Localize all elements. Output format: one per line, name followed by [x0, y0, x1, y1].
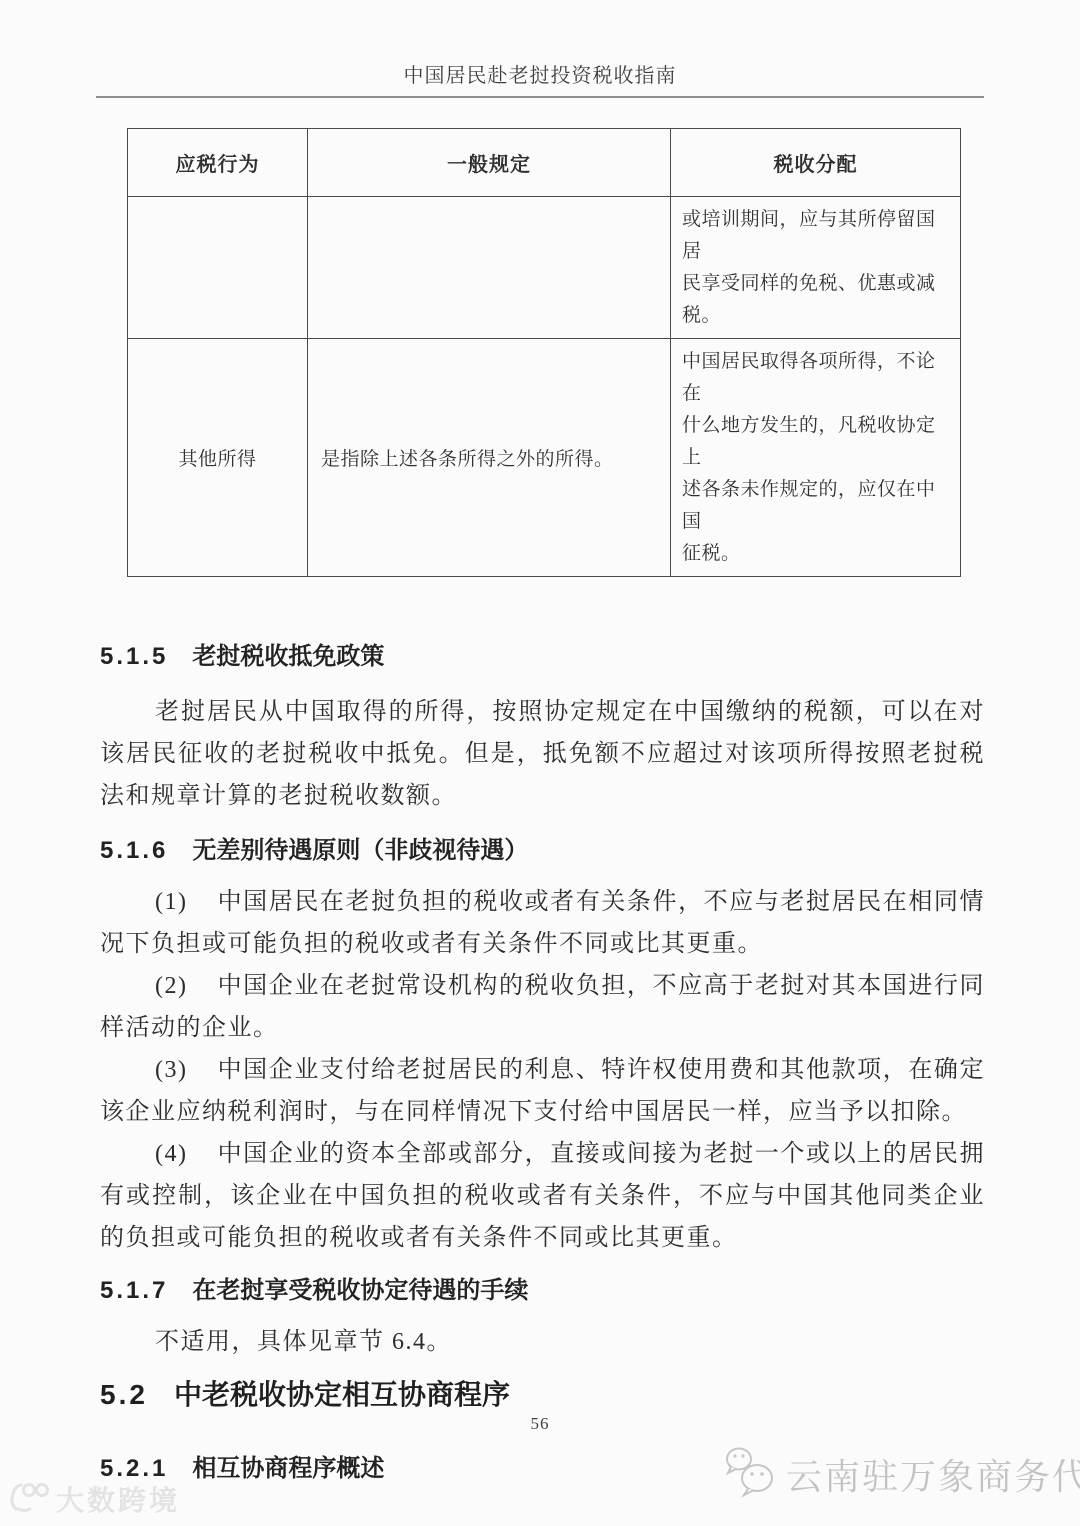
item-text: 中国企业的资本全部或部分，直接或间接为老挝一个或以上的居民拥有或控制，该企业在中… [100, 1141, 985, 1251]
section-heading-5-1-7: 5.1.7在老挝享受税收协定待遇的手续 [100, 1273, 985, 1309]
section-title: 在老挝享受税收协定待遇的手续 [192, 1277, 528, 1304]
document-page: 中国居民赴老挝投资税收指南 应税行为 一般规定 税收分配 [0, 0, 1080, 1526]
column-header-taxable-activity: 应税行为 [128, 129, 308, 197]
watermark-text: 云南驻万象商务代表处 [786, 1449, 1080, 1500]
watermark-text: 大数跨境 [56, 1479, 180, 1519]
section-heading-5-2: 5.2中老税收协定相互协商程序 [100, 1375, 985, 1415]
wechat-icon [724, 1446, 778, 1503]
section-number: 5.1.5 [100, 643, 168, 670]
numbered-item-4: (4)中国企业的资本全部或部分，直接或间接为老挝一个或以上的居民拥有或控制，该企… [100, 1133, 985, 1259]
column-header-tax-allocation: 税收分配 [671, 129, 961, 197]
numbered-item-1: (1)中国居民在老挝负担的税收或者有关条件，不应与老挝居民在相同情况下负担或可能… [100, 881, 985, 965]
watermark-wechat-account: 云南驻万象商务代表处 [724, 1446, 1080, 1503]
table-cell: 是指除上述各条所得之外的所得。 [308, 339, 671, 577]
tax-allocation-table: 应税行为 一般规定 税收分配 或培训期间，应与其所停留国居 民享受同样的免税、优… [127, 128, 961, 577]
item-text: 中国居民在老挝负担的税收或者有关条件，不应与老挝居民在相同情况下负担或可能负担的… [100, 889, 985, 957]
page-header: 中国居民赴老挝投资税收指南 [0, 0, 1080, 98]
section-number: 5.2 [100, 1379, 148, 1410]
page-content: 应税行为 一般规定 税收分配 或培训期间，应与其所停留国居 民享受同样的免税、优… [100, 128, 985, 1487]
paragraph-5-1-7: 不适用，具体见章节 6.4。 [100, 1321, 985, 1363]
section-title: 中老税收协定相互协商程序 [174, 1379, 510, 1410]
header-divider [96, 96, 984, 98]
table-header-row: 应税行为 一般规定 税收分配 [128, 129, 961, 197]
document-title: 中国居民赴老挝投资税收指南 [0, 62, 1080, 90]
table-cell: 中国居民取得各项所得，不论在 什么地方发生的，凡税收协定上 述各条未作规定的，应… [671, 339, 961, 577]
paragraph-5-1-5: 老挝居民从中国取得的所得，按照协定规定在中国缴纳的税额，可以在对该居民征收的老挝… [100, 691, 985, 817]
section-title: 相互协商程序概述 [192, 1455, 384, 1482]
item-text: 中国企业支付给老挝居民的利息、特许权使用费和其他款项，在确定该企业应纳税利润时，… [100, 1057, 985, 1125]
section-heading-5-1-6: 5.1.6无差别待遇原则（非歧视待遇） [100, 833, 985, 869]
table-cell [128, 197, 308, 339]
table-row: 或培训期间，应与其所停留国居 民享受同样的免税、优惠或减 税。 [128, 197, 961, 339]
table-row: 其他所得 是指除上述各条所得之外的所得。 中国居民取得各项所得，不论在 什么地方… [128, 339, 961, 577]
section-heading-5-1-5: 5.1.5老挝税收抵免政策 [100, 639, 985, 675]
section-number: 5.1.7 [100, 1277, 168, 1304]
watermark-dashu-logo: 大数跨境 [8, 1478, 180, 1519]
item-number: (4) [155, 1141, 187, 1167]
dashu-logo-icon [8, 1478, 50, 1519]
section-title: 无差别待遇原则（非歧视待遇） [192, 837, 528, 864]
item-number: (1) [155, 889, 187, 915]
page-number: 56 [0, 1414, 1080, 1434]
table-cell [308, 197, 671, 339]
section-title: 老挝税收抵免政策 [192, 643, 384, 670]
column-header-general-rules: 一般规定 [308, 129, 671, 197]
item-number: (2) [155, 973, 187, 999]
section-number: 5.1.6 [100, 837, 168, 864]
numbered-item-3: (3)中国企业支付给老挝居民的利息、特许权使用费和其他款项，在确定该企业应纳税利… [100, 1049, 985, 1133]
numbered-item-2: (2)中国企业在老挝常设机构的税收负担，不应高于老挝对其本国进行同样活动的企业。 [100, 965, 985, 1049]
table-cell: 其他所得 [128, 339, 308, 577]
item-text: 中国企业在老挝常设机构的税收负担，不应高于老挝对其本国进行同样活动的企业。 [100, 973, 985, 1041]
table-cell: 或培训期间，应与其所停留国居 民享受同样的免税、优惠或减 税。 [671, 197, 961, 339]
numbered-items: (1)中国居民在老挝负担的税收或者有关条件，不应与老挝居民在相同情况下负担或可能… [100, 881, 985, 1259]
item-number: (3) [155, 1057, 187, 1083]
